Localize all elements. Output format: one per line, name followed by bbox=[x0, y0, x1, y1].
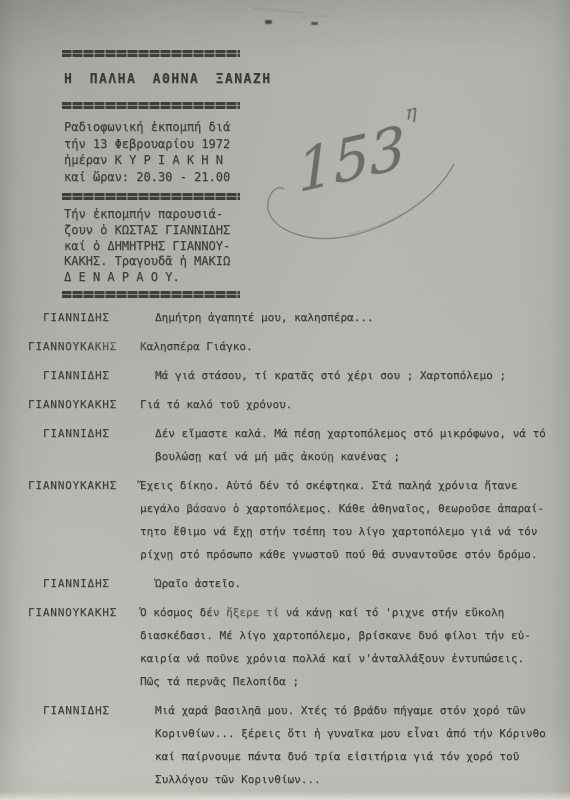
speaker-label: ΓΙΑΝΝΟΥΚΑΚΗΣ bbox=[28, 335, 140, 358]
broadcast-info: Ραδιοφωνική ἐκπομπή διά τήν 13 Φεβρουαρί… bbox=[64, 119, 230, 185]
speech-text: Ἔχεις δίκηο. Αὐτό δέν τό σκέφτηκα. Στά π… bbox=[140, 474, 544, 566]
speaker-label: ΓΙΑΝΝΙΔΗΣ bbox=[28, 572, 155, 595]
divider-rule-bottom bbox=[62, 291, 240, 298]
dialogue-entry: ΓΙΑΝΝΟΥΚΑΚΗΣ Ἔχεις δίκηο. Αὐτό δέν τό σκ… bbox=[28, 474, 550, 566]
ink-speck bbox=[265, 20, 272, 24]
page-title: Η ΠΑΛΗΑ ΑΘΗΝΑ ΞΑΝΑΖΗ bbox=[64, 72, 272, 87]
speech-text: Μιά χαρά βασιληᾶ μου. Χτές τό βράδυ πήγα… bbox=[155, 699, 546, 791]
speech-text: Μά γιά στάσου, τί κρατᾶς στό χέρι σου ; … bbox=[155, 364, 506, 387]
speech-text: Ὡραῖο ἀστεῖο. bbox=[155, 572, 241, 595]
speaker-label: ΓΙΑΝΝΟΥΚΑΚΗΣ bbox=[28, 474, 140, 566]
dialogue: ΓΙΑΝΝΙΔΗΣ Δημήτρη ἀγαπητέ μου, καλησπέρα… bbox=[28, 306, 550, 797]
scanned-script-page: Η ΠΑΛΗΑ ΑΘΗΝΑ ΞΑΝΑΖΗ Ραδιοφωνική ἐκπομπή… bbox=[0, 0, 570, 800]
speaker-label: ΓΙΑΝΝΙΔΗΣ bbox=[28, 364, 155, 387]
speaker-label: ΓΙΑΝΝΙΔΗΣ bbox=[28, 306, 155, 329]
divider-rule-under-title bbox=[62, 102, 240, 109]
presenters-credit: Τήν ἐκπομπήν παρουσιά- ζουν ὁ ΚΩΣΤΑΣ ΓΙΑ… bbox=[64, 207, 230, 286]
divider-rule-top bbox=[62, 50, 240, 57]
divider-rule-mid bbox=[62, 193, 240, 200]
speaker-label: ΓΙΑΝΝΙΔΗΣ bbox=[28, 422, 155, 468]
dialogue-entry: ΓΙΑΝΝΟΥΚΑΚΗΣ Ὁ κόσμος δέν ἤξερε τί νά κά… bbox=[28, 601, 550, 693]
dialogue-entry: ΓΙΑΝΝΙΔΗΣ Ὡραῖο ἀστεῖο. bbox=[28, 572, 550, 595]
speech-text: Δέν εἴμαστε καλά. Μά πέσῃ χαρτοπόλεμος σ… bbox=[155, 422, 546, 468]
dialogue-entry: ΓΙΑΝΝΙΔΗΣ Δημήτρη ἀγαπητέ μου, καλησπέρα… bbox=[28, 306, 550, 329]
typewritten-content: Η ΠΑΛΗΑ ΑΘΗΝΑ ΞΑΝΑΖΗ Ραδιοφωνική ἐκπομπή… bbox=[0, 0, 570, 800]
speaker-label: ΓΙΑΝΝΙΔΗΣ bbox=[28, 699, 155, 791]
dialogue-entry: ΓΙΑΝΝΟΥΚΑΚΗΣ Γιά τό καλό τοῦ χρόνου. bbox=[28, 393, 550, 416]
speaker-label: ΓΙΑΝΝΟΥΚΑΚΗΣ bbox=[28, 393, 140, 416]
speech-text: Δημήτρη ἀγαπητέ μου, καλησπέρα... bbox=[155, 306, 374, 329]
ink-speck bbox=[311, 22, 318, 25]
dialogue-entry: ΓΙΑΝΝΙΔΗΣ Δέν εἴμαστε καλά. Μά πέσῃ χαρτ… bbox=[28, 422, 550, 468]
speaker-label: ΓΙΑΝΝΟΥΚΑΚΗΣ bbox=[28, 601, 140, 693]
speech-text: Γιά τό καλό τοῦ χρόνου. bbox=[140, 393, 292, 416]
speech-text: Καλησπέρα Γιάγκο. bbox=[140, 335, 253, 358]
pencil-swoosh-stroke bbox=[258, 150, 463, 250]
speech-text: Ὁ κόσμος δέν ἤξερε τί νά κάνῃ καί τό 'ρι… bbox=[140, 601, 531, 693]
dialogue-entry: ΓΙΑΝΝΙΔΗΣ Μά γιά στάσου, τί κρατᾶς στό χ… bbox=[28, 364, 550, 387]
dialogue-entry: ΓΙΑΝΝΙΔΗΣ Μιά χαρά βασιληᾶ μου. Χτές τό … bbox=[28, 699, 550, 791]
dialogue-entry: ΓΙΑΝΝΟΥΚΑΚΗΣ Καλησπέρα Γιάγκο. bbox=[28, 335, 550, 358]
